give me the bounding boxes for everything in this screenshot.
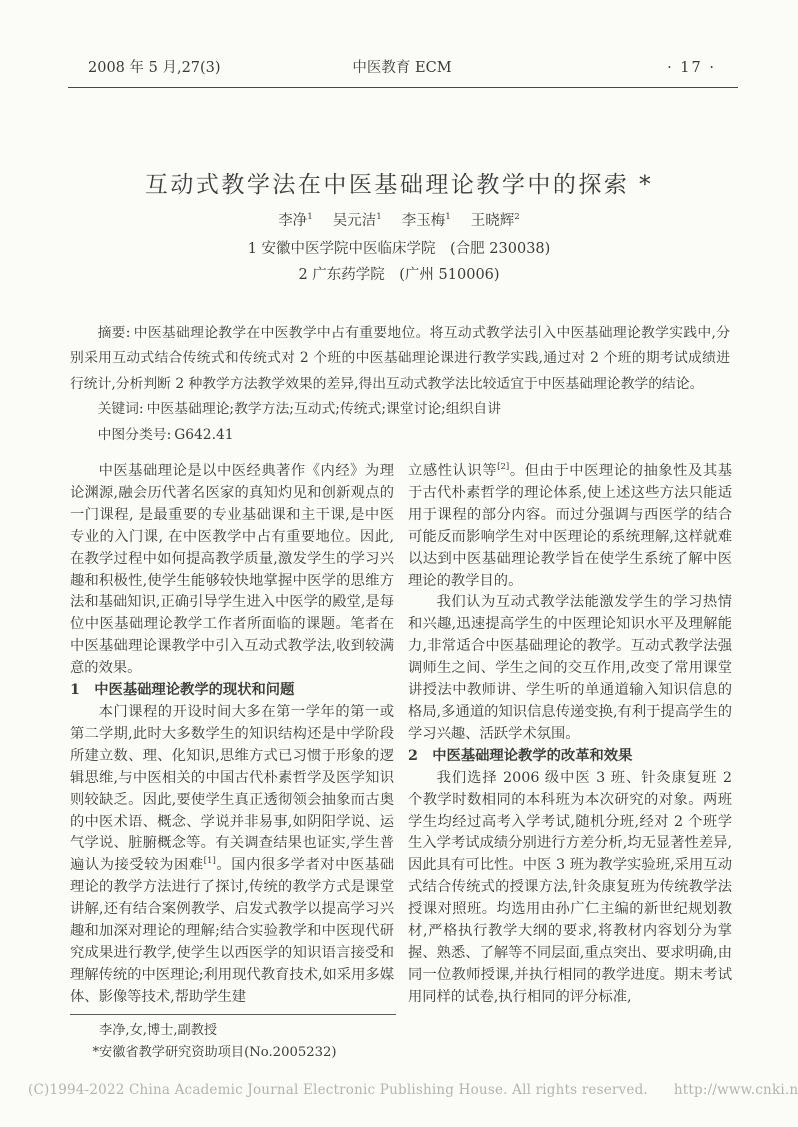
clc-text: G642.41	[174, 427, 233, 443]
footnote-line: *安徽省教学研究资助项目(No.2005232)	[70, 1042, 396, 1064]
author-name: 李玉梅1	[402, 213, 451, 229]
paragraph: 中医基础理论是以中医经典著作《内经》为理论渊源,融会历代著名医家的真知灼见和创新…	[70, 461, 394, 680]
issue-date: 2008 年 5 月,27(3)	[68, 56, 297, 77]
affiliations: 1 安徽中医学院中医临床学院 (合肥 230038)2 广东药学院 (广州 51…	[0, 236, 798, 288]
abstract: 摘要:中医基础理论教学在中医教学中占有重要地位。将互动式教学法引入中医基础理论教…	[70, 321, 730, 397]
page-number: · 17 ·	[507, 60, 738, 76]
section-heading: 1 中医基础理论教学的现状和问题	[70, 680, 394, 702]
paragraph: 立感性认识等[2]。但由于中医理论的抽象性及其基于古代朴素哲学的理论体系,使上述…	[408, 461, 732, 592]
abstract-label: 摘要:	[98, 325, 131, 341]
keywords: 关键词:中医基础理论;教学方法;互动式;传统式;课堂讨论;组织自讲	[70, 397, 730, 422]
right-column: 立感性认识等[2]。但由于中医理论的抽象性及其基于古代朴素哲学的理论体系,使上述…	[408, 461, 732, 1009]
journal-name: 中医教育 ECM	[297, 56, 506, 77]
author-name: 王晓辉2	[471, 213, 520, 229]
affiliation-line: 1 安徽中医学院中医临床学院 (合肥 230038)	[0, 236, 798, 262]
copyright-footer: (C)1994-2022 China Academic Journal Elec…	[28, 1082, 788, 1098]
header-rule	[68, 87, 738, 88]
paragraph: 我们选择 2006 级中医 3 班、针灸康复班 2 个教学时数相同的本科班为本次…	[408, 768, 732, 1009]
body-columns: 中医基础理论是以中医经典著作《内经》为理论渊源,融会历代著名医家的真知灼见和创新…	[70, 461, 732, 1009]
clc-number: 中图分类号:G642.41	[70, 423, 730, 448]
author-name: 李净1	[278, 213, 313, 229]
article-title: 互动式教学法在中医基础理论教学中的探索 *	[0, 166, 798, 199]
keywords-text: 中医基础理论;教学方法;互动式;传统式;课堂讨论;组织自讲	[147, 401, 501, 417]
journal-page: 2008 年 5 月,27(3) 中医教育 ECM · 17 · 互动式教学法在…	[0, 0, 798, 1127]
abstract-block: 摘要:中医基础理论教学在中医教学中占有重要地位。将互动式教学法引入中医基础理论教…	[70, 321, 730, 448]
affiliation-line: 2 广东药学院 (广州 510006)	[0, 262, 798, 288]
author-footnote: 李净,女,博士,副教授*安徽省教学研究资助项目(No.2005232)	[70, 1014, 396, 1063]
left-column: 中医基础理论是以中医经典著作《内经》为理论渊源,融会历代著名医家的真知灼见和创新…	[70, 461, 394, 1009]
copyright-text: (C)1994-2022 China Academic Journal Elec…	[28, 1082, 648, 1098]
section-heading: 2 中医基础理论教学的改革和效果	[408, 746, 732, 768]
paragraph: 本门课程的开设时间大多在第一学年的第一或第二学期,此时大多数学生的知识结构还是中…	[70, 702, 394, 1009]
running-head: 2008 年 5 月,27(3) 中医教育 ECM · 17 ·	[68, 56, 738, 77]
footnote-line: 李净,女,博士,副教授	[70, 1020, 396, 1042]
abstract-text: 中医基础理论教学在中医教学中占有重要地位。将互动式教学法引入中医基础理论教学实践…	[70, 325, 730, 392]
cnki-url: http://www.cnki.net	[674, 1082, 798, 1098]
authors-line: 李净1吴元洁1李玉梅1王晓辉2	[0, 209, 798, 230]
keywords-label: 关键词:	[98, 401, 144, 417]
clc-label: 中图分类号:	[98, 427, 172, 443]
paragraph: 我们认为互动式教学法能激发学生的学习热情和兴趣,迅速提高学生的中医理论知识水平及…	[408, 592, 732, 745]
author-name: 吴元洁1	[333, 213, 382, 229]
